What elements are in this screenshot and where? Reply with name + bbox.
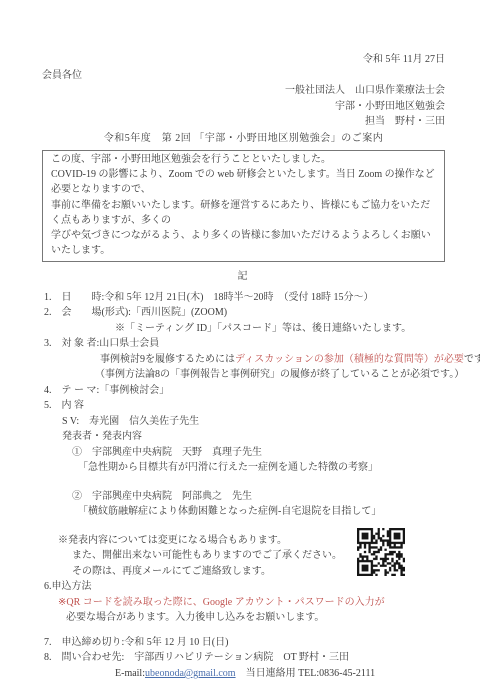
sender-contact: 担当 野村・三田 [42, 114, 445, 130]
intro-line: この度、宇部・小野田地区勉強会を行うことといたしました。 [51, 152, 436, 167]
contact-email-line: E-mail:ubeonoda@gmail.com 当日連絡用 TEL:0836… [42, 666, 445, 679]
record-marker: 記 [42, 269, 445, 285]
list-item-5-contents: 5. 内 容 [42, 398, 445, 414]
tel-text: 当日連絡用 TEL:0836-45-2111 [236, 668, 376, 679]
intro-line: 学びや気づきにつながるよう、より多くの皆様に参加いただけるようよろしくお願いいた… [51, 228, 436, 258]
presentation-2-title: 「横紋筋融解症により体動困難となった症例-自宅退院を目指して」 [42, 504, 445, 520]
emphasis-text: ディスカッションの参加（積極的な質問等）が必要 [235, 354, 464, 365]
list-item-2-venue: 2. 会 場(形式):「西川医院」(ZOOM) [42, 305, 445, 321]
presentation-2-name: ② 宇部興産中央病院 阿部典之 先生 [42, 489, 445, 505]
page-title: 令和5年度 第 2回 「宇部・小野田地区別勉強会」のご案内 [42, 131, 445, 147]
email-label: E-mail: [115, 668, 145, 679]
document-page: 令和 5年 11月 27日 会員各位 一般社団法人 山口県作業療法士会 宇部・小… [0, 0, 480, 679]
target-detail: 事例検討9を履修するためにはディスカッションの参加（積極的な質問等）が必要です。 [42, 352, 445, 368]
presentation-1-name: ① 宇部興産中央病院 天野 真理子先生 [42, 445, 445, 461]
email-link[interactable]: ubeonoda@gmail.com [145, 668, 236, 679]
supervisor-line: S V: 寿光園 信久美佐子先生 [42, 414, 445, 430]
list-item-6-apply-method: 6.申込方法 [42, 579, 445, 595]
list-item-3-target: 3. 対 象 者:山口県士会員 [42, 336, 445, 352]
sender-org: 一般社団法人 山口県作業療法士会 [42, 83, 445, 99]
target-detail-pre: 事例検討9を履修するためには [100, 354, 235, 365]
qr-code [357, 528, 405, 576]
target-detail-post: です。 [464, 354, 480, 365]
document-content: 令和 5年 11月 27日 会員各位 一般社団法人 山口県作業療法士会 宇部・小… [0, 0, 480, 679]
intro-line: 事前に準備をお願いいたします。研修を運営するにあたり、皆様にもご協力をいただく点… [51, 198, 436, 228]
meeting-id-note: ※「ミーティング ID」「パスコード」等は、後日連絡いたします。 [42, 321, 445, 337]
intro-box: この度、宇部・小野田地区勉強会を行うことといたしました。 COVID-19 の影… [42, 150, 445, 262]
list-item-7-deadline: 7. 申込締め切り:令和 5年 12 月 10 日(日) [42, 635, 445, 651]
salutation: 会員各位 [42, 68, 445, 84]
document-date: 令和 5年 11月 27日 [42, 52, 445, 68]
qr-note-red: ※QR コードを読み取った際に、Google アカウント・パスワードの入力が [42, 595, 445, 611]
list-item-4-theme: 4. テ ー マ:「事例検討会」 [42, 383, 445, 399]
list-item-1-datetime: 1. 日 時:令和 5年 12月 21日(木) 18時半〜20時 （受付 18時… [42, 290, 445, 306]
intro-line: COVID-19 の影響により、Zoom での web 研修会といたします。当日… [51, 167, 436, 197]
list-item-8-contact: 8. 問い合わせ先: 宇部西リハビリテーション病院 OT 野村・三田 [42, 650, 445, 666]
presentation-1-title: 「急性期から目標共有が円滑に行えた一症例を通した特徴の考察」 [42, 460, 445, 476]
presenters-label: 発表者・発表内容 [42, 429, 445, 445]
method-prerequisite-note: （事例方法論8の「事例報告と事例研究」の履修が終了していることが必須です。） [42, 367, 445, 383]
sender-group: 宇部・小野田地区勉強会 [42, 99, 445, 115]
qr-note-cont: 必要な場合があります。入力後申し込みをお願いします。 [42, 610, 445, 626]
